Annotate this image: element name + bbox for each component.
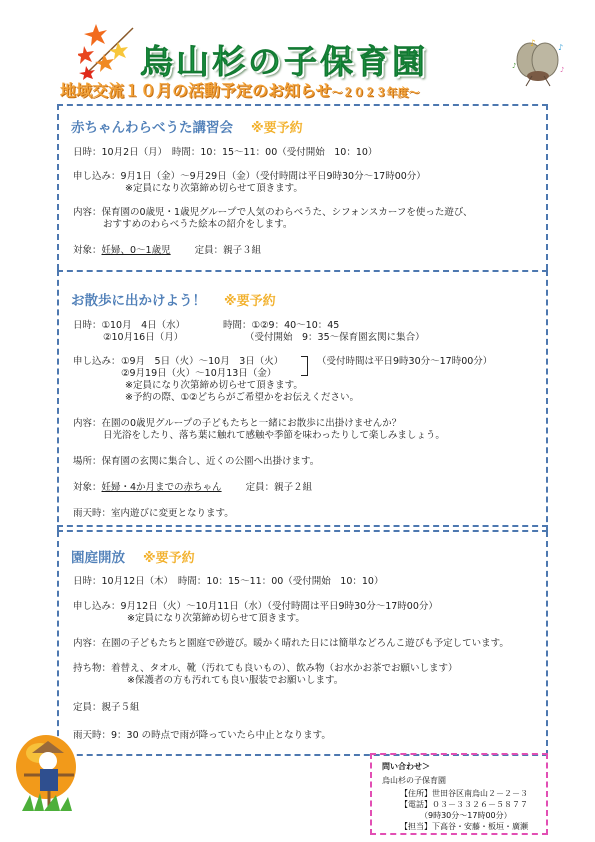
contact-heading: 問い合わせ＞ [382,761,430,772]
event-date: 日時：10月2日（月） 時間：10：15～11：00（受付開始 10：10） [73,144,377,158]
event-content-cont: おすすめのわらべうた絵本の紹介をします。 [103,216,292,230]
svg-text:♪: ♪ [560,66,564,74]
reservation-required: ※要予約 [143,551,195,566]
capacity: 定員：親子５組 [73,699,140,713]
section-title: 赤ちゃんわらべうた講習会※要予約 [71,116,303,136]
subtitle-year: ～２０２３年度～ [332,86,420,99]
event-date: 日時：10月12日（木） 時間：10：15～11：00（受付開始 10：10） [73,573,383,587]
section-divider [57,525,548,527]
section-title-text: 赤ちゃんわらべうた講習会 [71,120,233,136]
contact-name: 烏山杉の子保育園 [382,775,446,786]
contact-staff: 【担当】下高谷・安藤・板垣・廣瀬 [400,821,528,832]
capacity: 定員：親子２組 [246,482,313,493]
reservation-required: ※要予約 [224,294,276,309]
application-note-2: ※予約の際、①②どちらがご希望かをお伝えください。 [125,389,359,403]
reservation-required: ※要予約 [251,121,303,136]
items-note: ※保護者の方も汚れても良い服装でお願いします。 [127,672,343,686]
section-babies-warabeuta: 赤ちゃんわらべうた講習会※要予約 日時：10月2日（月） 時間：10：15～11… [57,104,548,270]
target-capacity: 対象：妊婦、0～1歳児定員：親子３組 [73,242,261,256]
section-walk: お散歩に出かけよう！※要予約 日時：①10月 4日（水） ②10月16日（月） … [57,270,548,532]
application-hours: （受付時間は平日9時30分～17時00分） [317,353,492,367]
maple-leaves-icon [78,20,140,80]
target-label: 対象： [73,482,102,493]
cricket-icon: ♪ ♪ ♪ ♪ [510,38,570,88]
section-title: お散歩に出かけよう！※要予約 [71,289,276,309]
subtitle-text: 地域交流１０月の活動予定のお知らせ [60,81,332,100]
rain-policy: 雨天時：室内遊びに変更となります。 [73,505,234,519]
svg-text:♪: ♪ [558,43,563,52]
event-place: 場所：保育園の玄関に集合し、近くの公園へ出掛けます。 [73,453,319,467]
svg-text:♪: ♪ [512,62,516,70]
bracket-icon [301,356,308,376]
page-subtitle: 地域交流１０月の活動予定のお知らせ～２０２３年度～ [60,78,420,101]
application-label: 申し込み： [73,353,121,367]
application-note: ※定員になり次第締め切らせて頂きます。 [125,180,303,194]
application-note: ※定員になり次第締め切らせて頂きます。 [127,610,305,624]
event-content: 内容：在園の子どもたちと園庭で砂遊び。暖かく晴れた日には簡単などろんこ遊びも予定… [73,635,509,649]
svg-text:♪: ♪ [530,39,536,49]
section-title-text: お散歩に出かけよう！ [71,293,206,309]
scarecrow-icon [12,733,84,813]
section-garden-open: 園庭開放※要予約 日時：10月12日（木） 時間：10：15～11：00（受付開… [57,531,548,756]
contact-hours: （9時30分～17時00分） [420,810,512,821]
target-capacity: 対象：妊婦・4か月までの赤ちゃん定員：親子２組 [73,479,312,493]
event-date-2: ②10月16日（月） [103,329,183,343]
contact-address: 【住所】世田谷区南烏山２－２－３ [400,788,528,799]
section-title: 園庭開放※要予約 [71,546,195,566]
rain-policy: 雨天時：9：30 の時点で雨が降っていたら中止となります。 [73,727,331,741]
section-title-text: 園庭開放 [71,550,125,566]
capacity: 定員：親子３組 [195,245,262,256]
page-title: 烏山杉の子保育園 [140,36,428,83]
event-content-cont: 日光浴をしたり、落ち葉に触れて感触や季節を味わったりして楽しみましょう。 [103,427,445,441]
event-time-reception: （受付開始 9：35～保育園玄関に集合） [245,329,425,343]
contact-box: 問い合わせ＞ 烏山杉の子保育園 【住所】世田谷区南烏山２－２－３ 【電話】０３－… [370,753,548,835]
target-value: 妊婦、0～1歳児 [102,245,171,256]
target-label: 対象： [73,245,102,256]
target-value: 妊婦・4か月までの赤ちゃん [102,482,222,493]
contact-phone[interactable]: 【電話】０３－３３２６－５８７７ [400,799,528,810]
